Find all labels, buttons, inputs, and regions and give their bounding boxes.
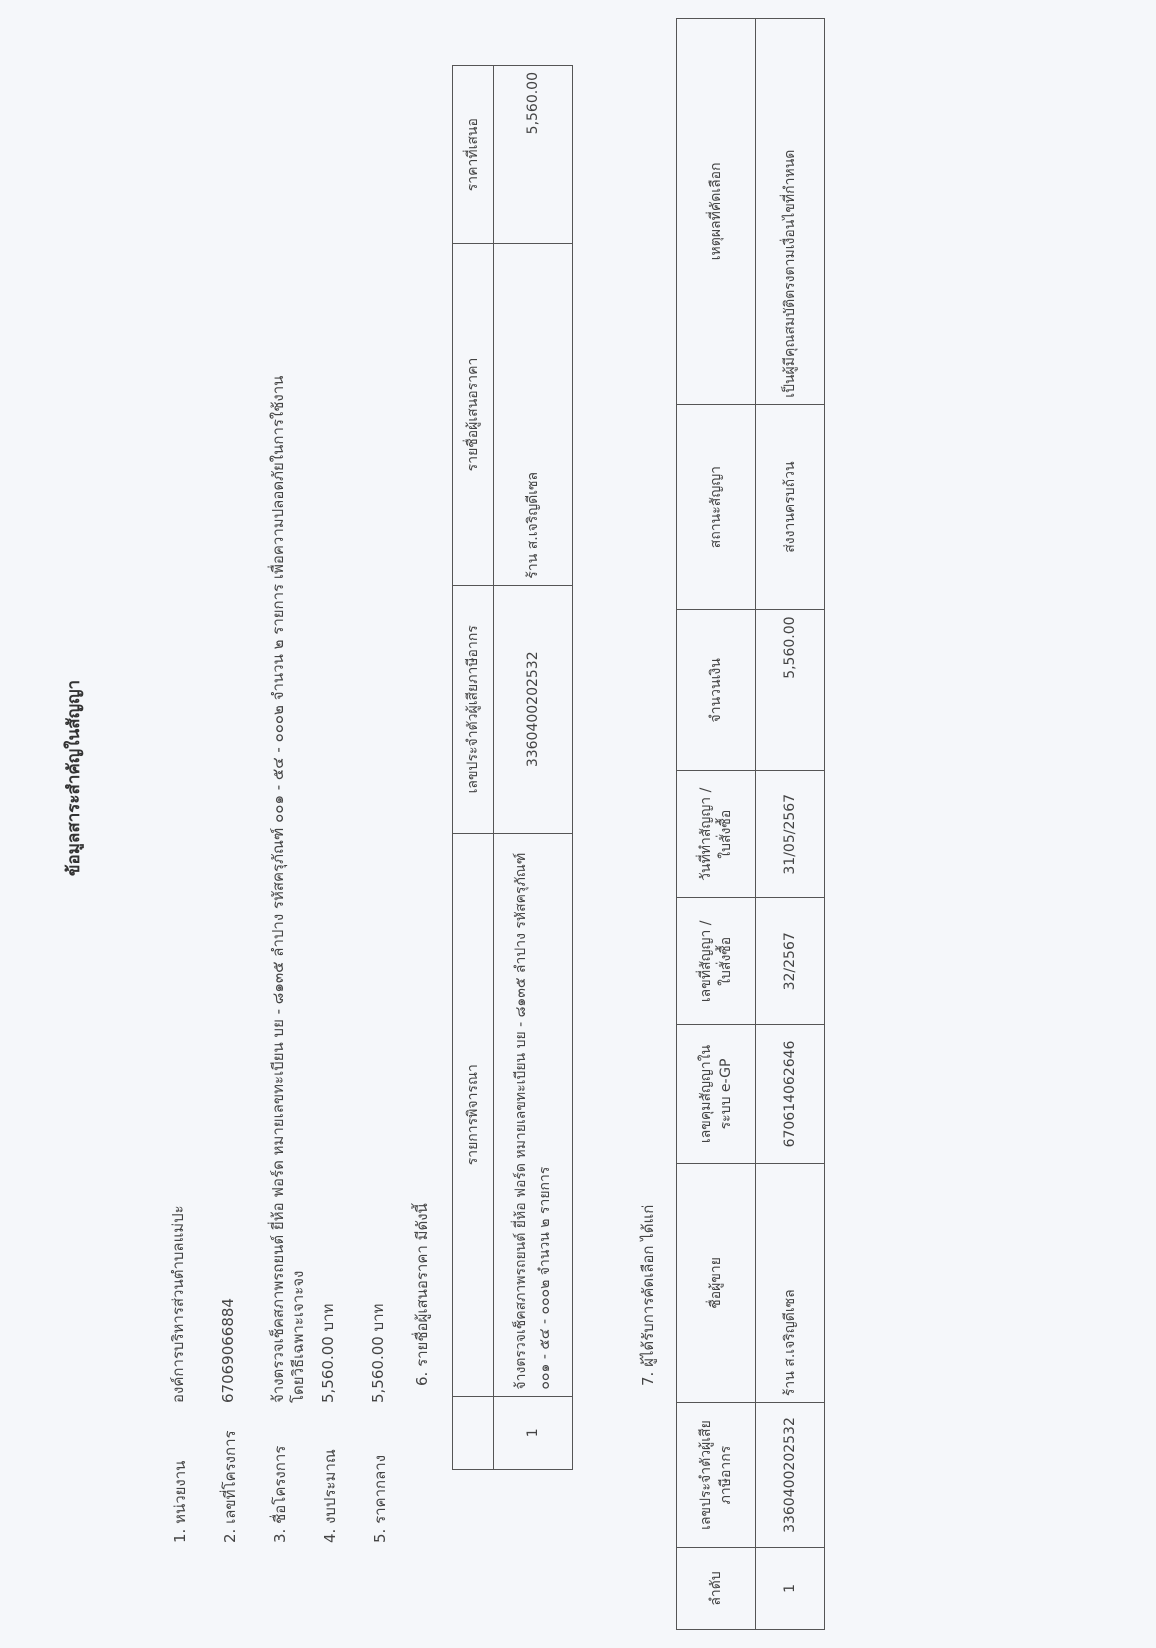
col-header: เหตุผลที่คัดเลือก (677, 19, 756, 405)
cell-contract-no: 32/2567 (756, 898, 825, 1025)
col-header: รายการพิจารณา (453, 833, 494, 1396)
col-header: สถานะสัญญา (677, 404, 756, 610)
item-label: 4. งบประมาณ (318, 1449, 342, 1543)
table-header-row: ลำดับ เลขประจำตัวผู้เสียภาษีอากร ชื่อผู้… (677, 19, 756, 1630)
col-header: เลขคุมสัญญาในระบบ e-GP (677, 1025, 756, 1163)
item-label: 3. ชื่อโครงการ (268, 1446, 292, 1543)
cell-reason: เป็นผู้มีคุณสมบัติตรงตามเงื่อนไขที่กำหนด (756, 19, 825, 405)
table-header-row: รายการพิจารณา เลขประจำตัวผู้เสียภาษีอากร… (453, 66, 494, 1470)
bidders-table: รายการพิจารณา เลขประจำตัวผู้เสียภาษีอากร… (452, 65, 573, 1470)
document-page: ข้อมูลสาระสำคัญในสัญญา 1. หน่วยงาน องค์ก… (0, 0, 1156, 1648)
cell-tax-id: 3360400202532 (756, 1403, 825, 1548)
cell-status: ส่งงานครบถ้วน (756, 404, 825, 610)
cell-no: 1 (756, 1547, 825, 1629)
document-title: ข้อมูลสาระสำคัญในสัญญา (60, 668, 87, 888)
item-label: 5. ราคากลาง (368, 1455, 392, 1543)
col-header: เลขประจำตัวผู้เสียภาษีอากร (453, 585, 494, 833)
item-label: 1. หน่วยงาน (168, 1461, 192, 1543)
item-value: องค์การบริหารส่วนตำบลแม่ปะ (168, 1205, 188, 1403)
col-header: เลขที่สัญญา / ใบสั่งซื้อ (677, 898, 756, 1025)
col-header: ราคาที่เสนอ (453, 66, 494, 244)
cell-bidder: ร้าน ส.เจริญดีเซล (494, 244, 573, 585)
cell-no: 1 (494, 1396, 573, 1469)
selected-vendor-table: ลำดับ เลขประจำตัวผู้เสียภาษีอากร ชื่อผู้… (676, 18, 825, 1630)
cell-amount: 5,560.00 (756, 610, 825, 771)
item-value: 5,560.00 บาท (318, 1304, 338, 1403)
col-header: วันที่ทำสัญญา / ใบสั่งซื้อ (677, 771, 756, 898)
col-header: เลขประจำตัวผู้เสียภาษีอากร (677, 1403, 756, 1548)
table-row: 1 จ้างตรวจเช็คสภาพรถยนต์ ยี่ห้อ ฟอร์ด หม… (494, 66, 573, 1470)
item-label: 2. เลขที่โครงการ (218, 1430, 242, 1543)
section-selected-heading: 7. ผู้ได้รับการคัดเลือก ได้แก่ (636, 1205, 660, 1386)
item-value-method: โดยวิธีเฉพาะเจาะจง (288, 1271, 308, 1403)
col-header: ชื่อผู้ขาย (677, 1163, 756, 1402)
table-row: 1 3360400202532 ร้าน ส.เจริญดีเซล 670614… (756, 19, 825, 1630)
cell-item: จ้างตรวจเช็คสภาพรถยนต์ ยี่ห้อ ฟอร์ด หมาย… (494, 833, 573, 1396)
cell-tax-id: 3360400202532 (494, 585, 573, 833)
col-header: ลำดับ (677, 1547, 756, 1629)
col-header: รายชื่อผู้เสนอราคา (453, 244, 494, 585)
cell-vendor: ร้าน ส.เจริญดีเซล (756, 1163, 825, 1402)
item-value: 67069066884 (218, 1298, 238, 1403)
col-header (453, 1396, 494, 1469)
section-bidders-heading: 6. รายชื่อผู้เสนอราคา มีดังนี้ (410, 1203, 434, 1386)
cell-egp-no: 670614062646 (756, 1025, 825, 1163)
cell-contract-date: 31/05/2567 (756, 771, 825, 898)
item-value: 5,560.00 บาท (368, 1304, 388, 1403)
cell-price: 5,560.00 (494, 66, 573, 244)
item-value: จ้างตรวจเช็คสภาพรถยนต์ ยี่ห้อ ฟอร์ด หมาย… (268, 376, 288, 1403)
col-header: จำนวนเงิน (677, 610, 756, 771)
